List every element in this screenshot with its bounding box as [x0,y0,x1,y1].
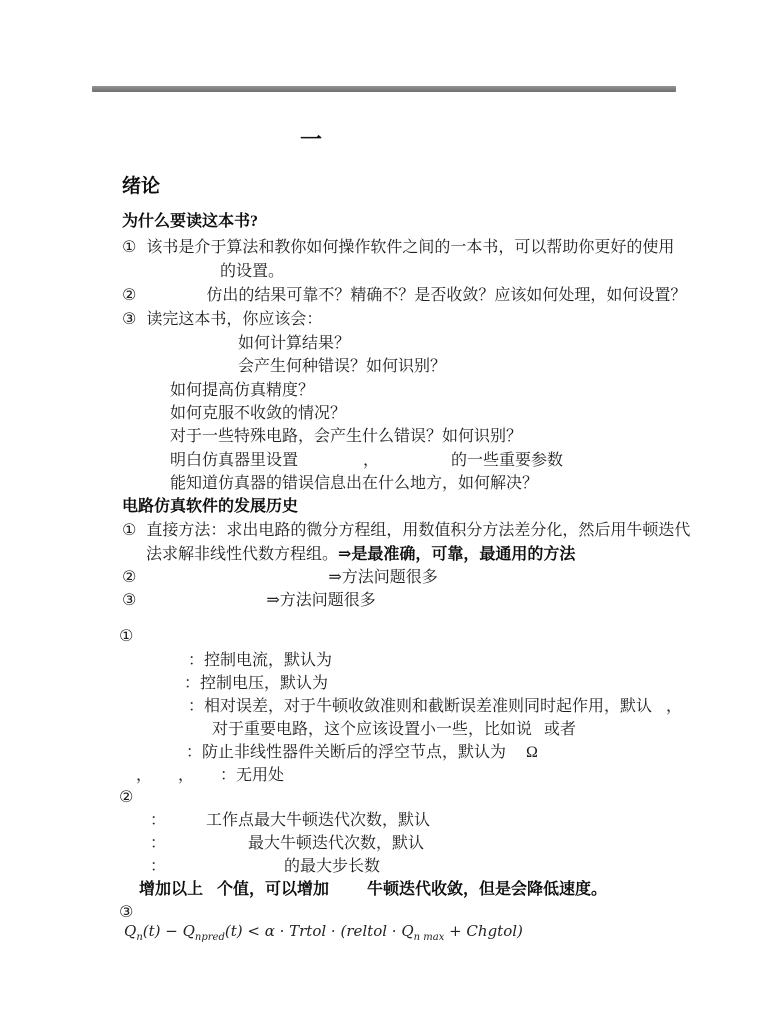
inline-gap [136,604,266,605]
param-current: ：控制电流，默认为 [188,653,332,669]
why-item-2-text: 仿出的结果可靠不？精确不？是否收敛？应该如何处理，如何设置？ [206,287,686,304]
why-item-3-text: 读完这本书，你应该会： [146,311,322,328]
param-itl3-text: 的最大步长数 [284,858,380,875]
inline-gap [298,464,363,465]
param-useless-comma-2: ， [178,767,194,784]
why-sub-6-part-a: 明白仿真器里设置 [170,452,298,469]
inline-gap [136,581,328,582]
list-marker-1: ① [122,523,136,539]
param-gmin-ohm: Ω [526,744,538,761]
param-reltol-text: ：相对误差，对于牛顿收敛准则和截断误差准则同时起作用，默认 [188,698,652,715]
why-sub-5: 对于一些特殊电路，会产生什么错误？如何识别？ [170,429,522,445]
history-item-2: ②⇒方法问题很多 [122,570,438,586]
why-sub-6: 明白仿真器里设置，的一些重要参数 [170,453,563,469]
param-itl2: ：最大牛顿迭代次数，默认 [150,836,424,852]
inline-gap [166,824,206,825]
param-gmin: ：防止非线性器件关断后的浮空节点，默认为Ω [186,745,538,761]
formula-sub-npred: npred [195,932,225,943]
why-sub-2: 会产生何种错误？如何识别？ [238,359,446,375]
params-group-3-marker: ③ [119,905,133,921]
chapter-number: 一 [300,129,322,151]
why-sub-6-part-c: 的一些重要参数 [451,452,563,469]
param-reltol-cont: 对于重要电路，这个应该设置小一些，比如说 [212,721,532,738]
params-note-a: 增加以上 [139,881,203,898]
list-marker-3: ③ [122,312,136,328]
formula-sub-nmax: n max [414,932,445,943]
history-item-2-text: ⇒方法问题很多 [328,569,437,586]
param-itl1-text: 工作点最大牛顿迭代次数，默认 [206,812,430,829]
inline-gap [506,756,526,757]
list-marker-1: ① [122,240,136,256]
why-sub-1: 如何计算结果？ [238,336,350,352]
inline-gap [166,870,284,871]
param-itl2-text: 最大牛顿迭代次数，默认 [248,835,424,852]
param-itl3: ：的最大步长数 [150,859,380,875]
why-sub-4: 如何克服不收敛的情况？ [170,406,346,422]
params-note-b: 个值，可以增加 [217,881,329,898]
history-item-1-text: 直接方法：求出电路的微分方程组，用数值积分方法差分化，然后用牛顿迭代 [146,522,690,539]
history-item-1-cont: 法求解非线性代数方程组。 [146,546,338,563]
param-itl1-colon: ： [150,812,166,829]
why-item-1-text: 该书是介于算法和教你如何操作软件之间的一本书，可以帮助你更好的使用 [146,239,674,256]
param-useless-text: ：无用处 [220,767,284,784]
inline-gap [136,251,146,252]
formula-seg4: + Chgtol) [444,922,523,940]
history-heading: 电路仿真软件的发展历史 [122,499,298,515]
inline-gap [152,779,178,780]
param-voltage: ：控制电压，默认为 [184,676,328,692]
param-itl1: ：工作点最大牛顿迭代次数，默认 [150,813,430,829]
inline-gap [652,710,666,711]
why-item-2: ②仿出的结果可靠不？精确不？是否收敛？应该如何处理，如何设置？ [122,288,686,304]
history-item-3: ③⇒方法问题很多 [122,593,376,609]
why-item-1-line-2: 的设置。 [220,264,284,280]
param-useless: ，，：无用处 [136,768,284,784]
params-note: 增加以上个值，可以增加牛顿迭代收敛，但是会降低速度。 [139,882,607,898]
inline-gap [329,893,367,894]
history-item-1-line-1: ①直接方法：求出电路的微分方程组，用数值积分方法差分化，然后用牛顿迭代 [122,523,690,539]
tolerance-formula: Qn(t) − Qnpred(t) < α · Trtol · (reltol … [124,924,523,943]
inline-gap [136,323,146,324]
history-item-1-conclusion: ⇒是最准确，可靠，最通用的方法 [338,546,575,563]
params-group-2-marker: ② [119,790,133,806]
history-item-1-line-2: 法求解非线性代数方程组。⇒是最准确，可靠，最通用的方法 [146,547,575,563]
list-marker-2: ② [122,570,136,586]
why-item-1-line-1: ①该书是介于算法和教你如何操作软件之间的一本书，可以帮助你更好的使用 [122,240,674,256]
param-itl3-colon: ： [150,858,166,875]
inline-gap [194,779,220,780]
inline-gap [166,847,248,848]
params-group-1-marker: ① [119,629,133,645]
inline-gap [203,893,217,894]
list-marker-3: ③ [122,593,136,609]
inline-gap [532,733,544,734]
history-item-3-text: ⇒方法问题很多 [266,592,375,609]
param-reltol-comma: ， [666,698,682,715]
section-title: 绪论 [122,177,160,196]
inline-gap [379,464,451,465]
param-useless-comma-1: ， [136,767,152,784]
inline-gap [136,299,206,300]
inline-gap [136,534,146,535]
why-item-3: ③读完这本书，你应该会： [122,312,322,328]
list-marker-2: ② [122,288,136,304]
why-sub-7: 能知道仿真器的错误信息出在什么地方，如何解决？ [170,476,538,492]
param-itl2-colon: ： [150,835,166,852]
formula-seg2: (t) − Q [143,922,195,940]
top-divider-bar [92,86,676,92]
param-reltol-or: 或者 [544,721,576,738]
param-reltol-line-1: ：相对误差，对于牛顿收敛准则和截断误差准则同时起作用，默认， [188,699,682,715]
param-gmin-text: ：防止非线性器件关断后的浮空节点，默认为 [186,744,506,761]
why-sub-6-part-b: ， [363,452,379,469]
why-sub-3: 如何提高仿真精度？ [170,383,314,399]
why-read-heading: 为什么要读这本书? [122,214,258,230]
params-note-c: 牛顿迭代收敛，但是会降低速度。 [367,881,607,898]
formula-q1: Q [124,922,136,940]
param-reltol-line-2: 对于重要电路，这个应该设置小一些，比如说或者 [212,722,576,738]
formula-seg3: (t) < α · Trtol · (reltol · Q [225,922,414,940]
document-page: 一 绪论 为什么要读这本书? ①该书是介于算法和教你如何操作软件之间的一本书，可… [0,0,768,1024]
